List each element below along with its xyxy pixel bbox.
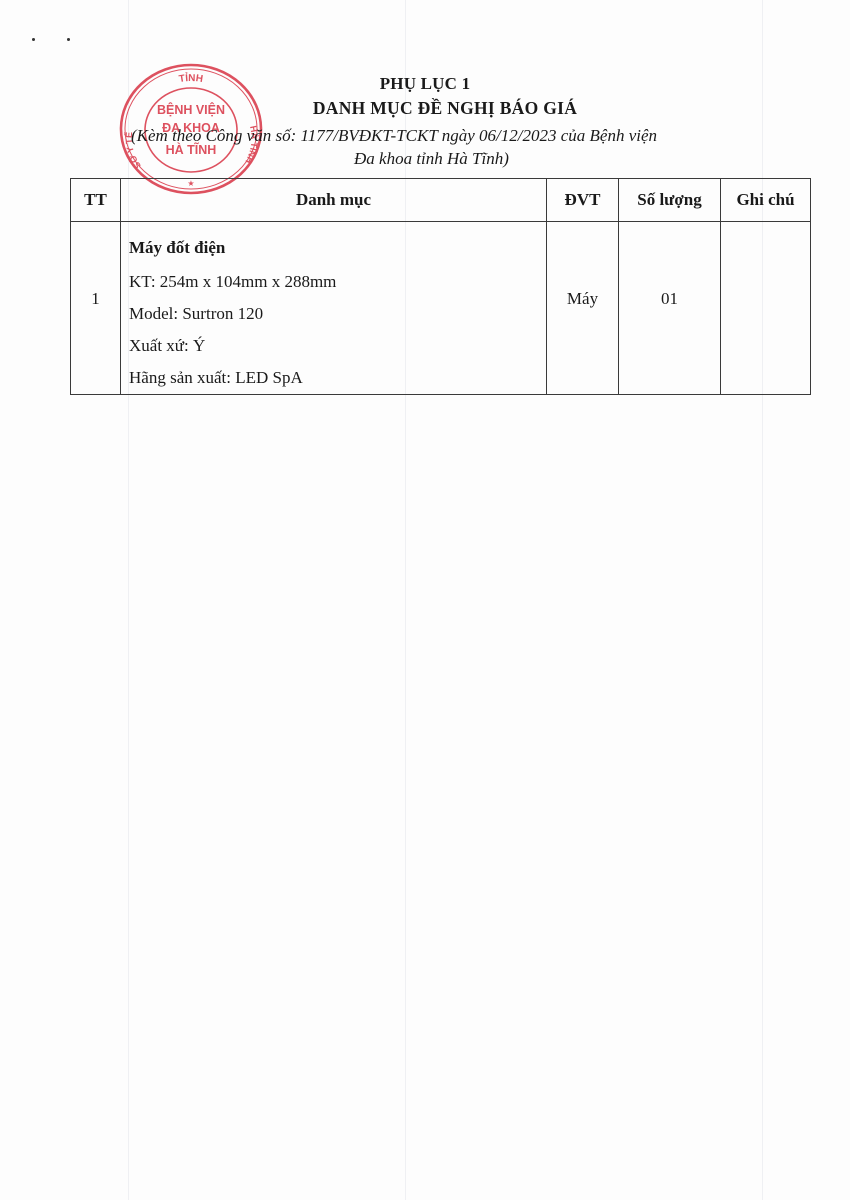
item-detail-dimensions: KT: 254m x 104mm x 288mm: [129, 266, 546, 298]
document-title: PHỤ LỤC 1: [0, 74, 850, 94]
row-dvt: Máy: [547, 222, 619, 395]
item-detail-origin: Xuất xứ: Ý: [129, 330, 546, 362]
item-detail-manufacturer: Hãng sản xuất: LED SpA: [129, 362, 546, 394]
header-tt: TT: [71, 179, 121, 222]
row-ghi-chu: [721, 222, 811, 395]
table-header-row: TT Danh mục ĐVT Số lượng Ghi chú: [71, 179, 811, 222]
header-danh-muc: Danh mục: [121, 179, 547, 222]
row-so-luong: 01: [619, 222, 721, 395]
item-name: Máy đốt điện: [129, 234, 546, 262]
header-dvt: ĐVT: [547, 179, 619, 222]
table-row: 1 Máy đốt điện KT: 254m x 104mm x 288mm …: [71, 222, 811, 395]
header-so-luong: Số lượng: [619, 179, 721, 222]
row-tt: 1: [71, 222, 121, 395]
reference-line-2: Đa khoa tỉnh Hà Tĩnh): [354, 149, 509, 169]
quotation-table: TT Danh mục ĐVT Số lượng Ghi chú 1 Máy đ…: [70, 178, 811, 395]
scan-dot: [67, 38, 70, 41]
row-item-description: Máy đốt điện KT: 254m x 104mm x 288mm Mo…: [121, 222, 547, 395]
reference-line-1: (Kèm theo Công văn số: 1177/BVĐKT-TCKT n…: [131, 126, 657, 146]
document-subtitle: DANH MỤC ĐỀ NGHỊ BÁO GIÁ: [0, 98, 850, 119]
item-detail-model: Model: Surtron 120: [129, 298, 546, 330]
header-ghi-chu: Ghi chú: [721, 179, 811, 222]
scan-dot: [32, 38, 35, 41]
